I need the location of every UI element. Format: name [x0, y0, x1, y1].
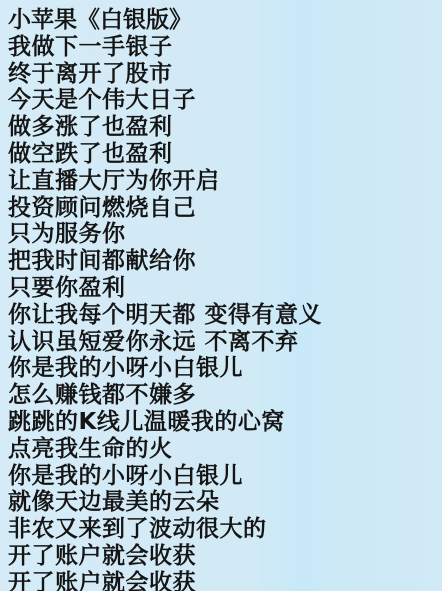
lyric-line: 怎么赚钱都不嫌多 [8, 382, 442, 409]
lyric-line: 你是我的小呀小白银儿 [8, 355, 442, 382]
lyric-line: 做多涨了也盈利 [8, 114, 442, 141]
lyric-line: 开了账户就会收获 [8, 543, 442, 570]
lyric-line: 就像天边最美的云朵 [8, 489, 442, 516]
lyric-line: 只为服务你 [8, 221, 442, 248]
lyric-line: 让直播大厅为你开启 [8, 168, 442, 195]
lyric-line: 终于离开了股市 [8, 61, 442, 88]
lyric-line: 认识虽短爱你永远 不离不弃 [8, 329, 442, 356]
lyric-line: 点亮我生命的火 [8, 436, 442, 463]
lyric-line: 今天是个伟大日子 [8, 87, 442, 114]
lyrics-sheet: 小苹果《白银版》 我做下一手银子 终于离开了股市 今天是个伟大日子 做多涨了也盈… [0, 0, 442, 591]
lyric-line: 非农又来到了波动很大的 [8, 516, 442, 543]
lyric-line: 把我时间都献给你 [8, 248, 442, 275]
lyric-line: 只要你盈利 [8, 275, 442, 302]
lyric-line: 跳跳的K线儿温暖我的心窝 [8, 409, 442, 436]
page-title: 小苹果《白银版》 [8, 7, 442, 34]
lyric-line: 做空跌了也盈利 [8, 141, 442, 168]
lyric-line: 你是我的小呀小白银儿 [8, 463, 442, 490]
lyric-line: 开了账户就会收获 [8, 570, 442, 591]
lyric-line: 投资顾问燃烧自己 [8, 195, 442, 222]
lyric-line: 我做下一手银子 [8, 34, 442, 61]
lyric-line: 你让我每个明天都 变得有意义 [8, 302, 442, 329]
